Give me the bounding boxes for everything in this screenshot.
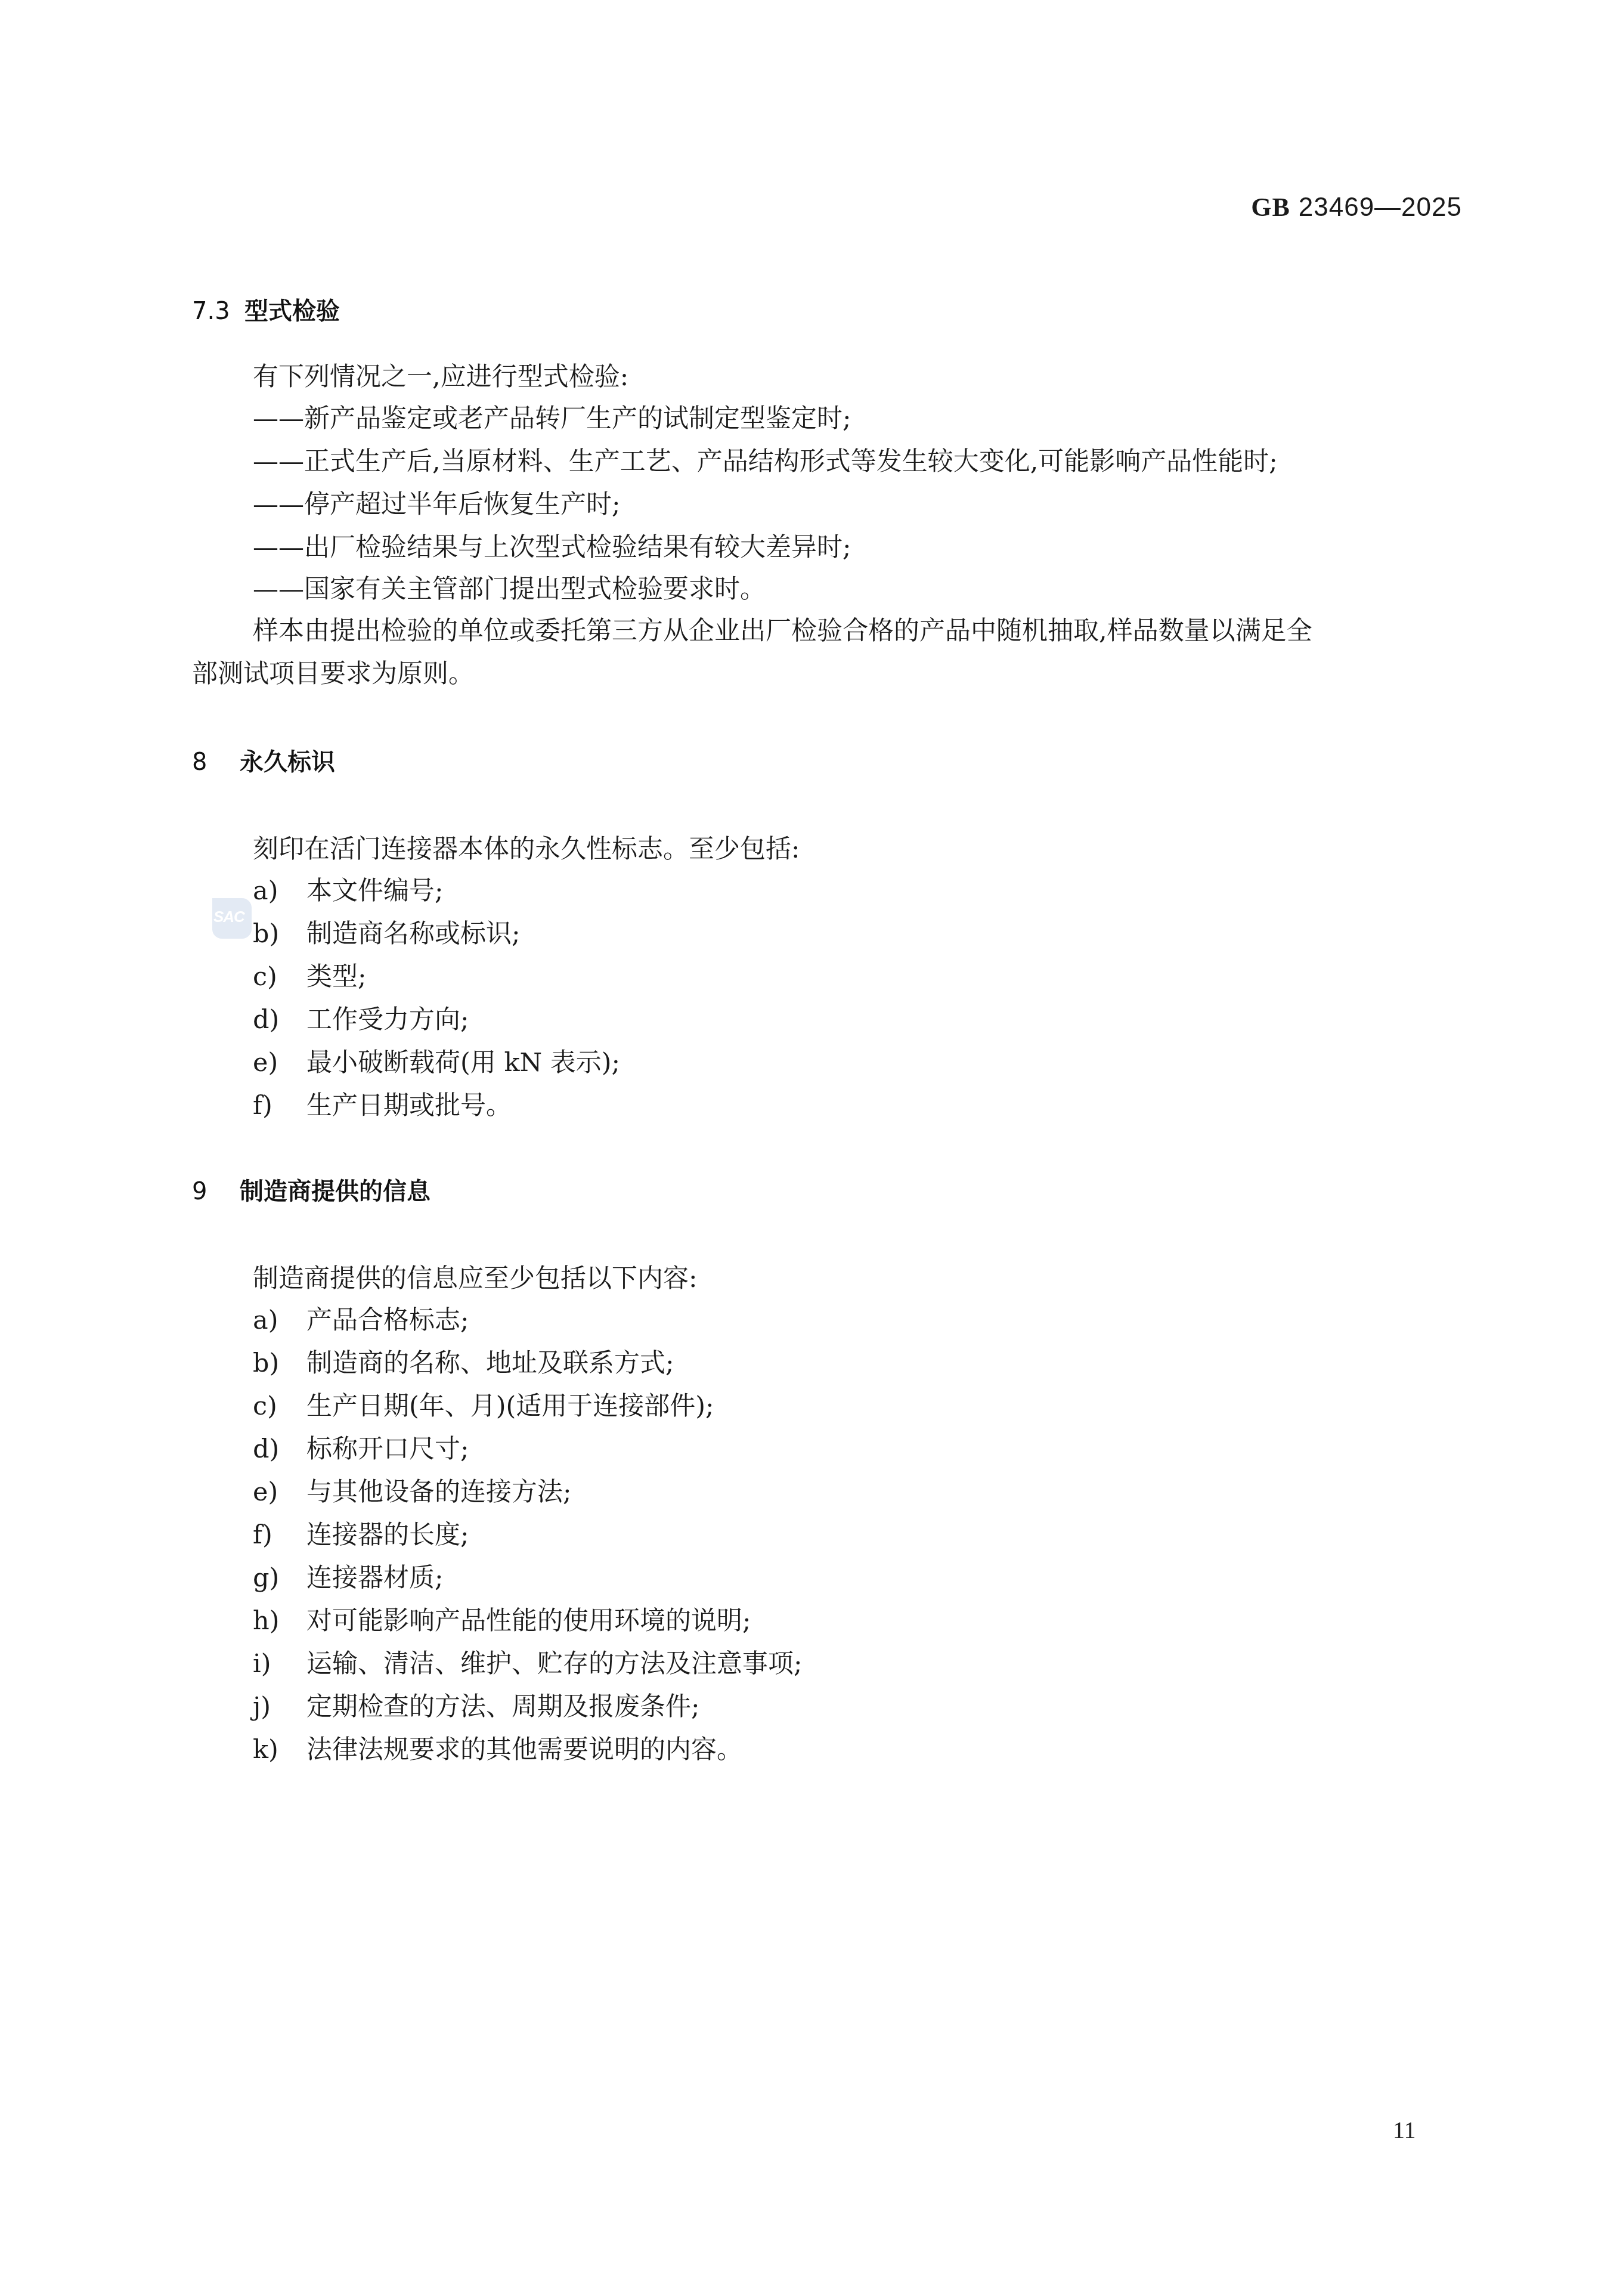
marking-list-item: f)生产日期或批号。 xyxy=(253,1085,512,1122)
item-text: 生产日期或批号。 xyxy=(306,1091,512,1121)
item-label: a) xyxy=(253,876,306,906)
marking-list-item: a)本文件编号; xyxy=(253,871,444,907)
item-label: e) xyxy=(253,1477,306,1507)
info-list-item: e)与其他设备的连接方法; xyxy=(253,1472,572,1508)
item-label: j) xyxy=(253,1692,306,1722)
document-page: GB23469—2025 7.3型式检验 有下列情况之一,应进行型式检验: ——… xyxy=(0,0,1623,2296)
item-label: k) xyxy=(253,1735,306,1765)
item-text: 定期检查的方法、周期及报废条件; xyxy=(306,1692,700,1722)
section-title: 制造商提供的信息 xyxy=(240,1178,430,1205)
sampling-paragraph-line-2: 部测试项目要求为原则。 xyxy=(192,654,474,690)
condition-item: ——出厂检验结果与上次型式检验结果有较大差异时; xyxy=(253,527,851,564)
item-text: 生产日期(年、月)(适用于连接部件); xyxy=(306,1391,714,1421)
info-list-item: c)生产日期(年、月)(适用于连接部件); xyxy=(253,1386,714,1422)
item-label: i) xyxy=(253,1649,306,1679)
item-text: 连接器的长度; xyxy=(306,1520,469,1550)
section-7-3-heading: 7.3型式检验 xyxy=(192,292,340,326)
item-label: f) xyxy=(253,1520,306,1550)
section-7-3-intro: 有下列情况之一,应进行型式检验: xyxy=(253,357,628,393)
item-text: 法律法规要求的其他需要说明的内容。 xyxy=(306,1735,742,1765)
info-list-item: f)连接器的长度; xyxy=(253,1515,469,1551)
condition-item: ——停产超过半年后恢复生产时; xyxy=(253,484,621,521)
section-number: 7.3 xyxy=(192,298,244,325)
sac-logo-icon: SAC xyxy=(212,898,252,939)
item-text: 类型; xyxy=(306,962,367,992)
item-label: g) xyxy=(253,1563,306,1593)
section-9-heading: 9制造商提供的信息 xyxy=(192,1172,430,1206)
item-text: 制造商的名称、地址及联系方式; xyxy=(306,1348,674,1378)
item-label: d) xyxy=(253,1434,306,1464)
item-label: c) xyxy=(253,1391,306,1421)
section-title: 永久标识 xyxy=(240,748,335,776)
item-label: b) xyxy=(253,919,306,949)
section-9-intro: 制造商提供的信息应至少包括以下内容: xyxy=(253,1258,698,1295)
info-list-item: g)连接器材质; xyxy=(253,1558,444,1594)
standard-number-header: GB23469—2025 xyxy=(1251,192,1462,222)
info-list-item: j)定期检查的方法、周期及报废条件; xyxy=(253,1687,700,1723)
sampling-paragraph-line-1: 样本由提出检验的单位或委托第三方从企业出厂检验合格的产品中随机抽取,样品数量以满… xyxy=(253,611,1312,647)
item-text: 产品合格标志; xyxy=(306,1305,469,1335)
marking-list-item: b)制造商名称或标识; xyxy=(253,914,521,950)
marking-list-item: d)工作受力方向; xyxy=(253,1000,469,1036)
item-text: 运输、清洁、维护、贮存的方法及注意事项; xyxy=(306,1649,803,1679)
item-label: c) xyxy=(253,962,306,992)
info-list-item: b)制造商的名称、地址及联系方式; xyxy=(253,1343,674,1379)
item-label: e) xyxy=(253,1048,306,1078)
info-list-item: k)法律法规要求的其他需要说明的内容。 xyxy=(253,1729,742,1766)
item-text: 对可能影响产品性能的使用环境的说明; xyxy=(306,1606,751,1636)
item-label: d) xyxy=(253,1005,306,1035)
item-text: 最小破断载荷(用 kN 表示); xyxy=(306,1048,620,1078)
info-list-item: a)产品合格标志; xyxy=(253,1300,469,1336)
info-list-item: i)运输、清洁、维护、贮存的方法及注意事项; xyxy=(253,1644,803,1680)
item-label: h) xyxy=(253,1606,306,1636)
item-label: a) xyxy=(253,1305,306,1335)
item-text: 工作受力方向; xyxy=(306,1005,469,1035)
marking-list-item: c)类型; xyxy=(253,957,367,993)
watermark-text: SAC xyxy=(213,908,244,926)
section-number: 9 xyxy=(192,1178,240,1205)
page-number: 11 xyxy=(1393,2116,1416,2144)
marking-list-item: e)最小破断载荷(用 kN 表示); xyxy=(253,1042,620,1079)
standard-prefix: GB xyxy=(1251,193,1290,222)
section-title: 型式检验 xyxy=(244,298,340,325)
item-text: 与其他设备的连接方法; xyxy=(306,1477,572,1507)
item-text: 标称开口尺寸; xyxy=(306,1434,469,1464)
standard-code: 23469—2025 xyxy=(1299,193,1462,222)
item-text: 连接器材质; xyxy=(306,1563,444,1593)
condition-item: ——新产品鉴定或老产品转厂生产的试制定型鉴定时; xyxy=(253,398,851,435)
item-text: 本文件编号; xyxy=(306,876,444,906)
section-8-heading: 8永久标识 xyxy=(192,743,335,777)
item-label: b) xyxy=(253,1348,306,1378)
condition-item: ——国家有关主管部门提出型式检验要求时。 xyxy=(253,569,766,605)
section-number: 8 xyxy=(192,748,240,776)
condition-item: ——正式生产后,当原材料、生产工艺、产品结构形式等发生较大变化,可能影响产品性能… xyxy=(253,441,1278,478)
section-8-intro: 刻印在活门连接器本体的永久性标志。至少包括: xyxy=(253,829,800,865)
item-text: 制造商名称或标识; xyxy=(306,919,521,949)
info-list-item: d)标称开口尺寸; xyxy=(253,1429,469,1465)
item-label: f) xyxy=(253,1091,306,1121)
info-list-item: h)对可能影响产品性能的使用环境的说明; xyxy=(253,1601,751,1637)
